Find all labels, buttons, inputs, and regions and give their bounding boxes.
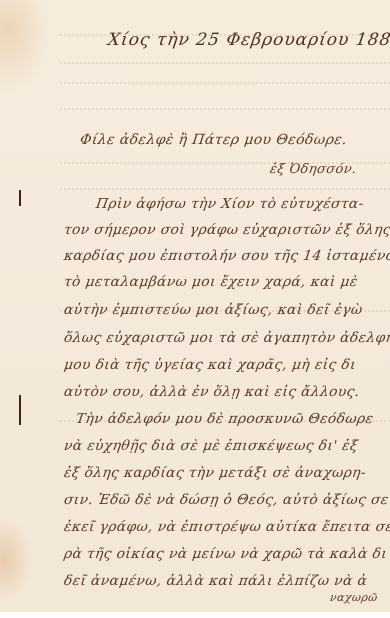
body-line: αὐτὸν σου, ἀλλὰ ἐν ὅλῃ καὶ εἰς ἄλλους. bbox=[63, 384, 361, 400]
body-line: Πρὶν ἀφήσω τὴν Χίον τὸ εὐτυχέστα- bbox=[95, 196, 365, 212]
body-line: ἐκεῖ γράφω, νὰ ἐπιστρέψω αὐτίκα ἔπειτα σ… bbox=[63, 519, 390, 535]
body-line: ὅλως εὐχαριστῶ μοι τὰ σὲ ἀγαπητὸν ἀδελφὴ… bbox=[63, 330, 390, 346]
date-line: Χίος τὴν 25 Φεβρουαρίου 1881. bbox=[107, 30, 390, 50]
body-line: μου διὰ τῆς ὑγείας καὶ χαρᾶς, μὴ εἰς δι bbox=[63, 357, 357, 373]
body-line: σιν. Ἐδῶ δὲ νὰ δώσῃ ὁ Θεός, αὐτὸ ἀξίως σ… bbox=[63, 492, 390, 508]
place-line: ἐξ Ὀδησσόν. bbox=[269, 162, 358, 177]
body-line: καρδίας μου ἐπιστολήν σου τῆς 14 ἰσταμέν… bbox=[63, 248, 390, 264]
body-line: τον σήμερον σοὶ γράφω εὐχαριστῶν ἐξ ὅλης bbox=[63, 222, 390, 238]
body-line: δεῖ ἀναμένω, ἀλλὰ καὶ πάλι ἐλπίζω νὰ ἀ bbox=[63, 573, 368, 589]
letter-page: Χίος τὴν 25 Φεβρουαρίου 1881. Φίλε ἀδελφ… bbox=[0, 0, 390, 612]
salutation: Φίλε ἀδελφὲ ἢ Πάτερ μου Θεόδωρε. bbox=[79, 132, 348, 148]
body-line: νὰ εὐχηθῇς διὰ σὲ μὲ ἐπισκέψεως δι' ἐξ bbox=[63, 438, 359, 454]
bleed-through-line bbox=[60, 108, 390, 111]
body-line: αὐτὴν ἐμπιστεύω μοι ἀξίως, καὶ δεῖ ἐγὼ bbox=[63, 302, 364, 318]
body-line: ρὰ τῆς οἰκίας νὰ μείνω νὰ χαρῶ τὰ καλὰ δ… bbox=[63, 546, 388, 562]
bleed-through-line bbox=[60, 188, 390, 191]
margin-mark bbox=[19, 190, 21, 206]
body-line: ναχωρῶ bbox=[329, 591, 378, 604]
bleed-through-line bbox=[60, 82, 390, 85]
body-line: ἐξ ὅλης καρδίας τὴν μετάξι σὲ ἀναχωρη- bbox=[63, 465, 367, 481]
margin-mark bbox=[19, 395, 21, 425]
page-edge bbox=[0, 612, 390, 618]
bleed-through-line bbox=[60, 62, 390, 65]
body-line: τὸ μεταλαμβάνω μοι ἔχειν χαρά, καὶ μὲ bbox=[63, 274, 359, 290]
body-line: Τὴν ἀδελφόν μου δὲ προσκυνῶ Θεόδωρε bbox=[75, 411, 375, 427]
